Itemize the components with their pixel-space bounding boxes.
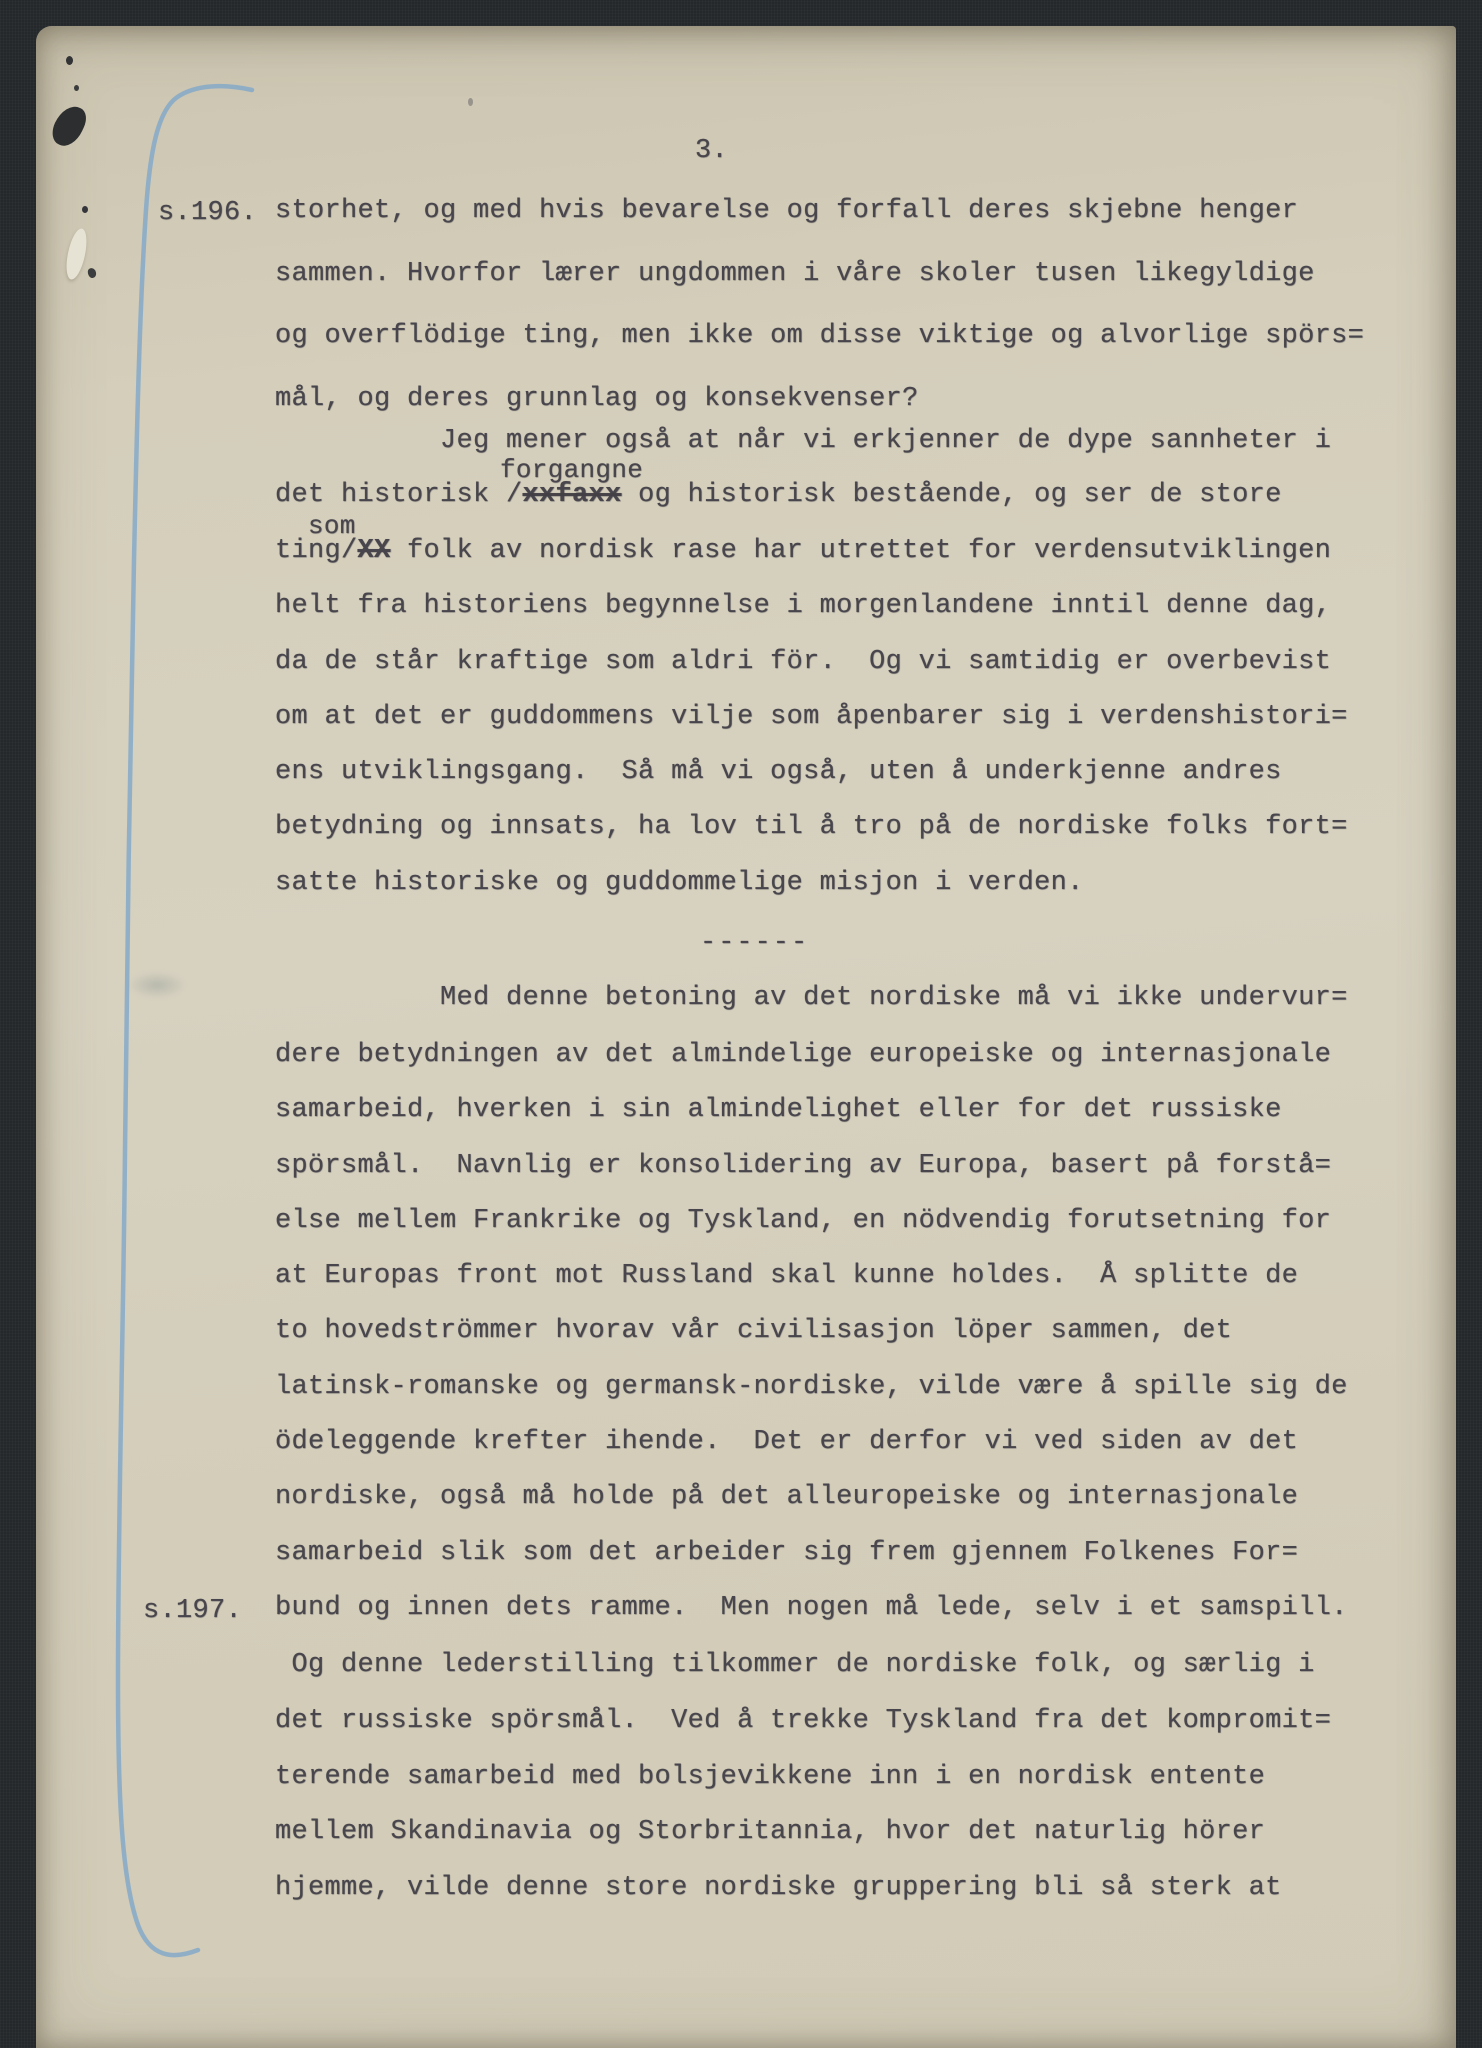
text-line: ödeleggende krefter ihende. Det er derfo… <box>275 1429 1348 1484</box>
text-segment: folk av nordisk rase har utrettet for ve… <box>391 536 1332 566</box>
text-line: at Europas front mot Russland skal kunne… <box>275 1263 1348 1318</box>
text-line: Jeg mener også at når vi erkjenner de dy… <box>275 428 1331 455</box>
margin-note-s196: s.196. <box>158 200 257 227</box>
text-line: spörsmål. Navnlig er konsolidering av Eu… <box>275 1153 1348 1208</box>
margin-note-s197: s.197. <box>143 1598 242 1625</box>
text-line: Og denne lederstilling tilkommer de nord… <box>275 1652 1331 1708</box>
text-line: da de står kraftige som aldri för. Og vi… <box>275 649 1348 704</box>
text-line-with-correction: det historisk /xxfaxx og historisk bestå… <box>275 482 1282 509</box>
text-line: bund og innen dets ramme. Men nogen må l… <box>275 1595 1348 1650</box>
text-line: storhet, og med hvis bevarelse og forfal… <box>275 198 1364 261</box>
text-line: satte historiske og guddommelige misjon … <box>275 870 1348 925</box>
paper-hole-mark <box>74 85 79 91</box>
text-line: mellem Skandinavia og Storbritannia, hvo… <box>275 1819 1331 1875</box>
text-line: dere betydningen av det almindelige euro… <box>275 1042 1348 1097</box>
paper-smudge <box>128 972 186 998</box>
text-segment: ting/ <box>275 536 358 566</box>
struck-out-word: XX <box>358 536 391 566</box>
paragraph-4: Og denne lederstilling tilkommer de nord… <box>275 1652 1331 1931</box>
paragraph-2: ting/XX folk av nordisk rase har utrette… <box>275 538 1348 925</box>
text-line: og overflödige ting, men ikke om disse v… <box>275 323 1364 386</box>
section-separator-dashes: ------ <box>700 930 809 957</box>
text-line: sammen. Hvorfor lærer ungdommen i våre s… <box>275 261 1364 324</box>
text-line: ens utviklingsgang. Så må vi også, uten … <box>275 759 1348 814</box>
text-line: samarbeid slik som det arbeider sig frem… <box>275 1540 1348 1595</box>
text-line-with-correction: ting/XX folk av nordisk rase har utrette… <box>275 538 1348 593</box>
paragraph-1: storhet, og med hvis bevarelse og forfal… <box>275 198 1364 448</box>
text-line: samarbeid, hverken i sin almindelighet e… <box>275 1097 1348 1152</box>
text-line: Med denne betoning av det nordiske må vi… <box>275 985 1348 1012</box>
paper-hole-mark <box>66 56 73 65</box>
text-segment: det historisk / <box>275 480 523 510</box>
text-line: det russiske spörsmål. Ved å trekke Tysk… <box>275 1708 1331 1764</box>
text-line: helt fra historiens begynnelse i morgenl… <box>275 593 1348 648</box>
text-line: om at det er guddommens vilje som åpenba… <box>275 704 1348 759</box>
text-line: else mellem Frankrike og Tyskland, en nö… <box>275 1208 1348 1263</box>
text-segment: og historisk bestående, og ser de store <box>622 480 1282 510</box>
page-number: 3. <box>695 138 728 165</box>
text-line: hjemme, vilde denne store nordiske grupp… <box>275 1875 1331 1931</box>
paragraph-3: dere betydningen av det almindelige euro… <box>275 1042 1348 1650</box>
text-line: terende samarbeid med bolsjevikkene inn … <box>275 1764 1331 1820</box>
paper-speck <box>468 98 473 106</box>
struck-out-word: xxfaxx <box>523 480 622 510</box>
text-line: to hovedströmmer hvorav vår civilisasjon… <box>275 1318 1348 1373</box>
text-line: nordiske, også må holde på det alleurope… <box>275 1484 1348 1539</box>
text-line: betydning og innsats, ha lov til å tro p… <box>275 814 1348 869</box>
scanned-document: 3. s.196. s.197. storhet, og med hvis be… <box>0 0 1482 2048</box>
text-line: latinsk-romanske og germansk-nordiske, v… <box>275 1374 1348 1429</box>
paper-speck <box>82 206 88 213</box>
